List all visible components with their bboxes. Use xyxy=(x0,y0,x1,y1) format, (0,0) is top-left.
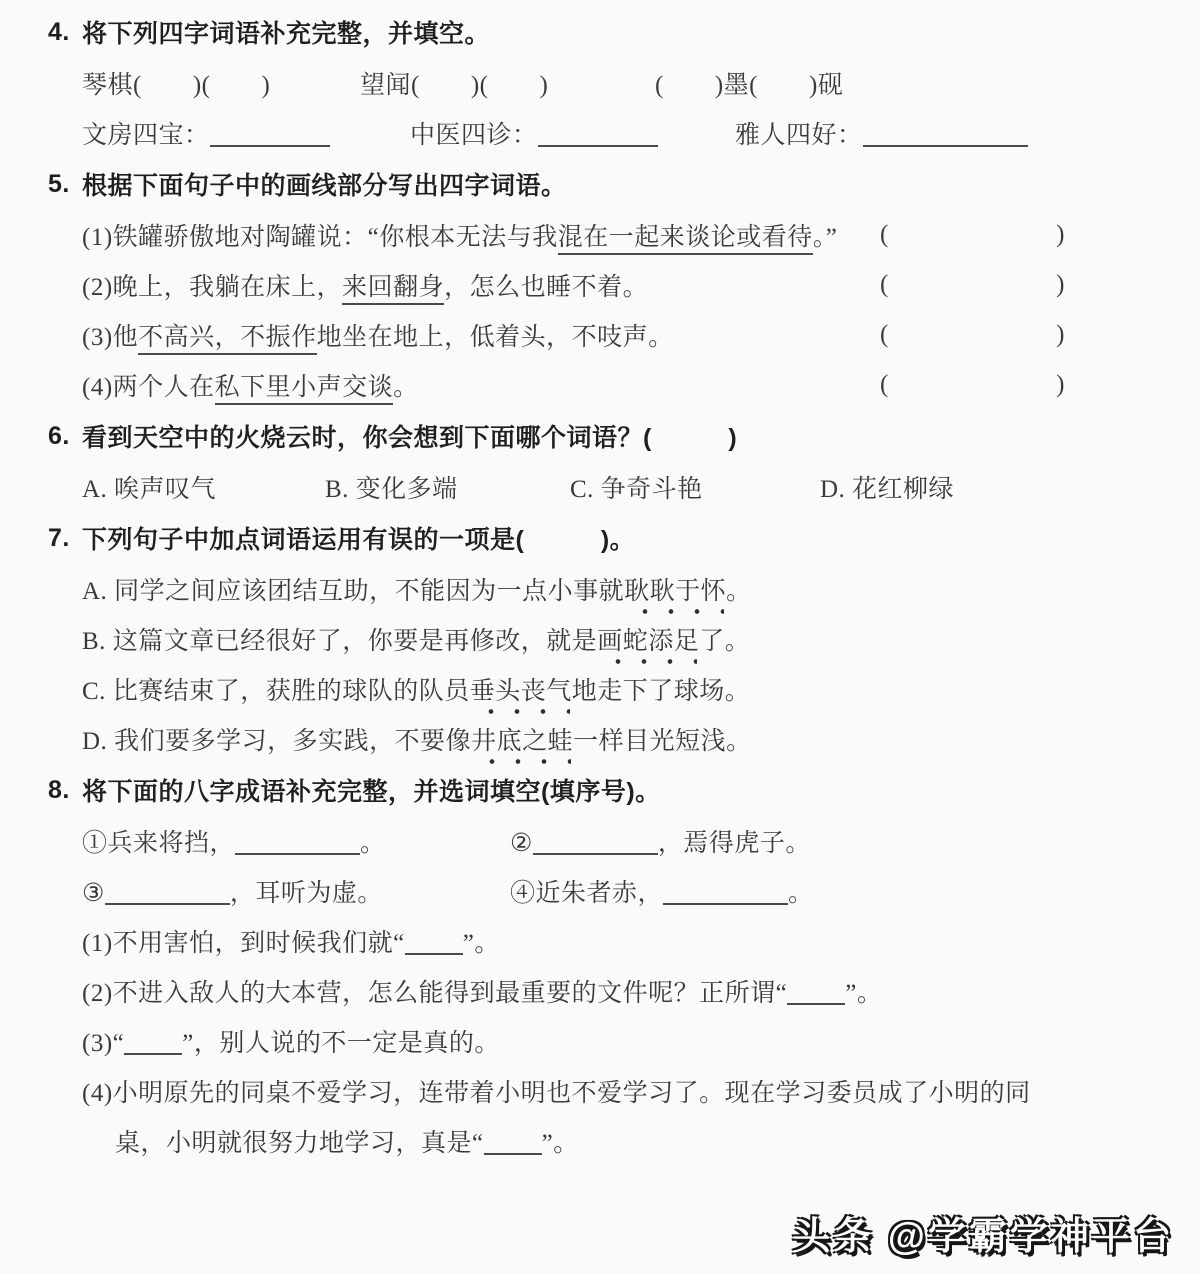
q4-fill-2-label: 中医四诊： xyxy=(410,122,538,149)
question-8-title: 8. 将下面的八字成语补充完整，并选词填空(填序号)。 xyxy=(0,764,1200,816)
q8-fill-3: (3)“”，别人说的不一定是真的。 xyxy=(0,1016,1200,1066)
question-4-title-text: 将下列四字词语补充完整，并填空。 xyxy=(82,14,490,50)
q8-idiom-1-blank xyxy=(235,827,360,855)
open-paren: ( xyxy=(880,321,889,349)
q5-item-2-answer-parens: () xyxy=(880,271,1065,299)
q8-idiom-1: ①兵来将挡，。 xyxy=(82,823,510,859)
q8-idiom-4: ④近朱者赤，。 xyxy=(510,873,1142,909)
q8-idiom-4-blank xyxy=(663,877,788,905)
q4-fill-3: 雅人四好： xyxy=(735,115,1142,151)
q5-item-3-answer-parens: () xyxy=(880,321,1065,349)
question-7-title: 7. 下列句子中加点词语运用有误的一项是( )。 xyxy=(0,512,1200,564)
q8-fill-1-post: ”。 xyxy=(463,930,500,957)
q4-fill-1-blank xyxy=(210,119,330,147)
q8-idiom-row-1: ①兵来将挡，。 ②，焉得虎子。 xyxy=(0,816,1200,866)
q8-idiom-3: ③，耳听为虚。 xyxy=(82,873,510,909)
q7-option-c-label: C. xyxy=(82,678,106,705)
close-paren: ) xyxy=(1056,321,1065,349)
q8-fill-1: (1)不用害怕，到时候我们就“”。 xyxy=(0,916,1200,966)
q4-word-2: 望闻( )( ) xyxy=(360,65,655,101)
q7-option-c-post: 地走下了球场。 xyxy=(572,678,751,705)
q4-fill-3-blank xyxy=(863,119,1028,147)
q5-item-2: (2)晚上，我躺在床上，来回翻身，怎么也睡不着。 () xyxy=(0,260,1200,310)
q7-option-c-pre: 比赛结束了，获胜的球队的队员 xyxy=(106,678,470,705)
q7-option-d-pre: 我们要多学习，多实践，不要像 xyxy=(107,728,471,755)
q7-option-b-dotted-idiom: 画蛇添足 xyxy=(597,628,699,655)
q5-item-4-underlined-phrase: 私下里小声交谈 xyxy=(215,374,394,405)
q8-fill-3-post: ”，别人说的不一定是真的。 xyxy=(182,1030,500,1057)
q6-option-b: B. 变化多端 xyxy=(325,469,570,505)
q8-fill-2: (2)不进入敌人的大本营，怎么能得到最重要的文件呢？正所谓“”。 xyxy=(0,966,1200,1016)
q7-option-d-dotted-idiom: 井底之蛙 xyxy=(471,728,573,755)
q8-idiom-3-pre: ③ xyxy=(82,880,105,907)
q8-idiom-1-pre: ①兵来将挡， xyxy=(82,830,235,857)
q7-option-a-post: 。 xyxy=(726,578,752,605)
q8-fill-1-blank xyxy=(405,927,463,955)
q8-fill-2-blank xyxy=(787,977,845,1005)
q7-option-a: A. 同学之间应该团结互助，不能因为一点小事就耿耿于怀。 xyxy=(0,564,1200,614)
open-paren: ( xyxy=(880,221,889,249)
question-6-number: 6. xyxy=(48,422,82,451)
q4-fill-2-blank xyxy=(538,119,658,147)
q7-option-a-pre: 同学之间应该团结互助，不能因为一点小事就 xyxy=(107,578,624,605)
q7-option-c: C. 比赛结束了，获胜的球队的队员垂头丧气地走下了球场。 xyxy=(0,664,1200,714)
q6-options-row: A. 唉声叹气 B. 变化多端 C. 争奇斗艳 D. 花红柳绿 xyxy=(0,462,1200,512)
worksheet-page: 4. 将下列四字词语补充完整，并填空。 琴棋( )( ) 望闻( )( ) ( … xyxy=(0,0,1200,1274)
question-4-number: 4. xyxy=(48,18,82,47)
toutiao-watermark: 头条 @学霸学神平台 xyxy=(792,1205,1174,1260)
q7-option-d: D. 我们要多学习，多实践，不要像井底之蛙一样目光短浅。 xyxy=(0,714,1200,764)
q4-fill-row: 文房四宝： 中医四诊： 雅人四好： xyxy=(0,108,1200,158)
q5-item-3-pre: (3)他 xyxy=(82,324,138,351)
q5-item-3-post: 地坐在地上，低着头，不吱声。 xyxy=(317,324,674,351)
q8-fill-2-pre: (2)不进入敌人的大本营，怎么能得到最重要的文件呢？正所谓“ xyxy=(82,980,787,1007)
q5-item-1-underlined-phrase: 混在一起来谈论或看待 xyxy=(558,224,813,255)
question-5-title-text: 根据下面句子中的画线部分写出四字词语。 xyxy=(82,166,567,202)
q8-fill-3-pre: (3)“ xyxy=(82,1030,124,1057)
q5-item-3: (3)他不高兴，不振作地坐在地上，低着头，不吱声。 () xyxy=(0,310,1200,360)
q5-item-1-answer-parens: () xyxy=(880,221,1065,249)
q8-fill-2-post: ”。 xyxy=(845,980,882,1007)
question-7-title-text: 下列句子中加点词语运用有误的一项是( )。 xyxy=(82,520,635,556)
close-paren: ) xyxy=(1056,371,1065,399)
question-5-number: 5. xyxy=(48,170,82,199)
q5-item-4-answer-parens: () xyxy=(880,371,1065,399)
q8-fill-4-line2: 桌，小明就很努力地学习，真是“”。 xyxy=(0,1116,1200,1166)
q8-idiom-2-blank xyxy=(533,827,658,855)
q7-option-d-label: D. xyxy=(82,728,107,755)
q5-item-4-post: 。 xyxy=(393,374,419,401)
q8-fill-3-blank xyxy=(124,1027,182,1055)
q8-idiom-2: ②，焉得虎子。 xyxy=(510,823,1142,859)
open-paren: ( xyxy=(880,371,889,399)
open-paren: ( xyxy=(880,271,889,299)
q8-idiom-3-blank xyxy=(105,877,230,905)
q8-fill-4-line1: (4)小明原先的同桌不爱学习，连带着小明也不爱学习了。现在学习委员成了小明的同 xyxy=(0,1066,1200,1116)
q5-item-2-pre: (2)晚上，我躺在床上， xyxy=(82,274,342,301)
question-4-title: 4. 将下列四字词语补充完整，并填空。 xyxy=(0,6,1200,58)
q8-idiom-4-post: 。 xyxy=(788,880,814,907)
q8-idiom-4-pre: ④近朱者赤， xyxy=(510,880,663,907)
question-8-title-text: 将下面的八字成语补充完整，并选词填空(填序号)。 xyxy=(82,772,661,808)
q7-option-a-dotted-idiom: 耿耿于怀 xyxy=(624,578,726,605)
q8-fill-1-pre: (1)不用害怕，到时候我们就“ xyxy=(82,930,405,957)
q4-fill-1-label: 文房四宝： xyxy=(82,122,210,149)
question-6-title-text: 看到天空中的火烧云时，你会想到下面哪个词语？( ) xyxy=(82,418,737,454)
q8-idiom-3-post: ，耳听为虚。 xyxy=(230,880,383,907)
question-7-number: 7. xyxy=(48,524,82,553)
q5-item-2-post: ，怎么也睡不着。 xyxy=(444,274,648,301)
question-8-number: 8. xyxy=(48,776,82,805)
q7-option-b-post: 了。 xyxy=(699,628,750,655)
q8-fill-4-line2-post: ”。 xyxy=(542,1130,579,1157)
close-paren: ) xyxy=(1056,221,1065,249)
q5-item-3-underlined-phrase: 不高兴，不振作 xyxy=(138,324,317,355)
q5-item-1-post: 。” xyxy=(813,224,838,251)
q7-option-b-label: B. xyxy=(82,628,106,655)
q8-fill-4-line2-pre: 桌，小明就很努力地学习，真是“ xyxy=(115,1130,484,1157)
q5-item-2-underlined-phrase: 来回翻身 xyxy=(342,274,444,305)
q6-option-d: D. 花红柳绿 xyxy=(820,469,1162,505)
q8-idiom-row-2: ③，耳听为虚。 ④近朱者赤，。 xyxy=(0,866,1200,916)
q5-item-4: (4)两个人在私下里小声交谈。 () xyxy=(0,360,1200,410)
q6-option-a: A. 唉声叹气 xyxy=(82,469,325,505)
q8-idiom-1-post: 。 xyxy=(360,830,386,857)
q7-option-b-pre: 这篇文章已经很好了，你要是再修改，就是 xyxy=(106,628,597,655)
q5-item-1-pre: (1)铁罐骄傲地对陶罐说：“你根本无法与我 xyxy=(82,224,558,251)
q8-idiom-2-pre: ② xyxy=(510,830,533,857)
q7-option-d-post: 一样目光短浅。 xyxy=(573,728,752,755)
question-6-title: 6. 看到天空中的火烧云时，你会想到下面哪个词语？( ) xyxy=(0,410,1200,462)
q7-option-c-dotted-idiom: 垂头丧气 xyxy=(470,678,572,705)
q8-fill-4-line1-text: (4)小明原先的同桌不爱学习，连带着小明也不爱学习了。现在学习委员成了小明的同 xyxy=(82,1073,1031,1109)
q8-fill-4-blank xyxy=(484,1127,542,1155)
question-5-title: 5. 根据下面句子中的画线部分写出四字词语。 xyxy=(0,158,1200,210)
q4-fill-2: 中医四诊： xyxy=(410,115,735,151)
q4-word-1: 琴棋( )( ) xyxy=(82,65,360,101)
q4-fill-1: 文房四宝： xyxy=(82,115,410,151)
q4-fill-3-label: 雅人四好： xyxy=(735,122,863,149)
close-paren: ) xyxy=(1056,271,1065,299)
q7-option-b: B. 这篇文章已经很好了，你要是再修改，就是画蛇添足了。 xyxy=(0,614,1200,664)
q5-item-1: (1)铁罐骄傲地对陶罐说：“你根本无法与我混在一起来谈论或看待。” () xyxy=(0,210,1200,260)
q8-idiom-2-post: ，焉得虎子。 xyxy=(658,830,811,857)
q4-word-3: ( )墨( )砚 xyxy=(655,65,1122,101)
q7-option-a-label: A. xyxy=(82,578,107,605)
q5-item-4-pre: (4)两个人在 xyxy=(82,374,215,401)
q4-word-row: 琴棋( )( ) 望闻( )( ) ( )墨( )砚 xyxy=(0,58,1200,108)
q6-option-c: C. 争奇斗艳 xyxy=(570,469,820,505)
